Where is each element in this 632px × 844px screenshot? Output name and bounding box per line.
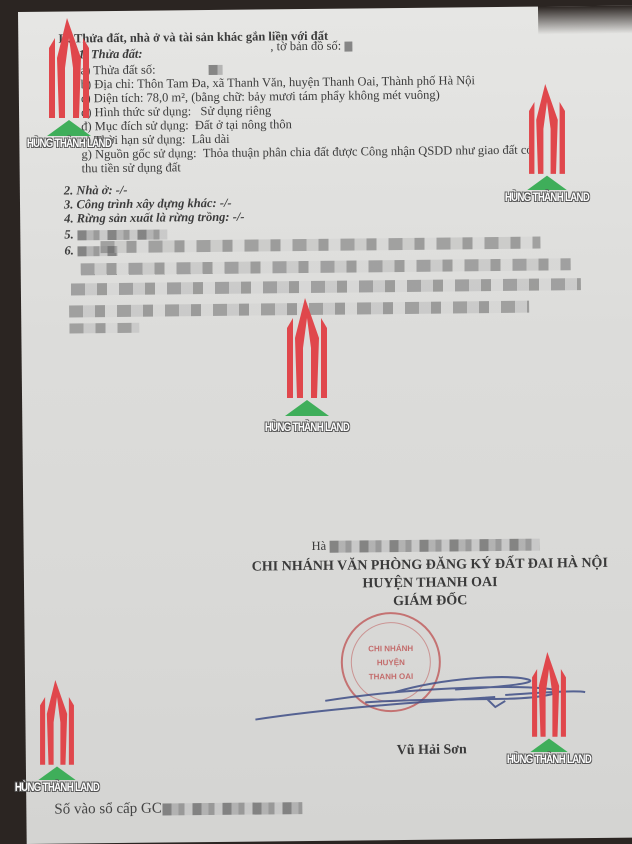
map-sheet-text: , tờ bản đồ số: <box>270 39 341 54</box>
use-term-value: Lâu dài <box>192 132 230 146</box>
watermark-text: HÙNG THÀNH LAND <box>263 420 351 434</box>
issuer-line-2: HUYỆN THANH OAI <box>210 573 632 594</box>
redacted-parcel-no <box>209 65 223 75</box>
watermark-logo: HÙNG THÀNH LAND <box>252 294 362 434</box>
use-purpose-value: Đất ở tại nông thôn <box>195 117 292 132</box>
redacted-map-sheet <box>344 42 352 52</box>
watermark-text: HÙNG THÀNH LAND <box>505 752 593 766</box>
map-sheet-label: , tờ bản đồ số: <box>270 39 352 55</box>
redacted-item5 <box>77 230 167 241</box>
redacted-note-line-2 <box>81 258 571 275</box>
hungthanh-logo-icon <box>519 652 579 752</box>
issuer-line-1: CHI NHÁNH VĂN PHÒNG ĐĂNG KÝ ĐẤT ĐAI HÀ N… <box>210 555 632 576</box>
house-label: 2. Nhà ở: <box>64 183 113 198</box>
use-origin-value: Thỏa thuận phân chia đất được Công nhận … <box>203 143 533 160</box>
watermark-text: HÙNG THÀNH LAND <box>13 780 101 794</box>
watermark-logo: HÙNG THÀNH LAND <box>494 652 604 766</box>
place-prefix: Hà <box>312 539 327 553</box>
place-date-row: Hà <box>312 537 540 554</box>
redacted-note-line-5 <box>69 323 139 334</box>
watermark-logo: HÙNG THÀNH LAND <box>14 18 124 150</box>
redacted-date <box>329 539 539 553</box>
item5-label: 5. <box>64 227 74 241</box>
house-value: -/- <box>116 183 128 197</box>
use-origin-cont: thu tiền sử dụng đất <box>82 160 181 176</box>
watermark-text: HÙNG THÀNH LAND <box>25 136 113 150</box>
redacted-note-line-3 <box>71 278 581 295</box>
use-form-value: Sử dụng riêng <box>200 103 271 118</box>
redacted-registry-no <box>162 802 302 815</box>
forest-label: 4. Rừng sản xuất là rừng trồng: <box>64 210 230 226</box>
page-shadow <box>538 5 632 34</box>
hungthanh-logo-icon <box>27 680 87 780</box>
registry-label: Số vào sổ cấp GC <box>54 801 162 818</box>
signer-title: GIÁM ĐỐC <box>210 591 632 612</box>
item6-label: 6. <box>64 243 74 257</box>
watermark-logo: HÙNG THÀNH LAND <box>492 84 602 204</box>
hungthanh-logo-icon <box>39 18 99 136</box>
watermark-logo: HÙNG THÀNH LAND <box>2 680 112 794</box>
watermark-text: HÙNG THÀNH LAND <box>503 190 591 204</box>
hungthanh-logo-icon <box>517 84 577 190</box>
hungthanh-logo-icon <box>277 294 337 420</box>
forest-value: -/- <box>233 210 245 224</box>
forest-row: 4. Rừng sản xuất là rừng trồng: -/- <box>64 210 244 227</box>
registry-row: Số vào sổ cấp GC <box>54 799 302 819</box>
other-construction-value: -/- <box>220 196 232 210</box>
area-value: 78,0 m², (bằng chữ: bảy mươi tám phẩy kh… <box>146 88 439 105</box>
